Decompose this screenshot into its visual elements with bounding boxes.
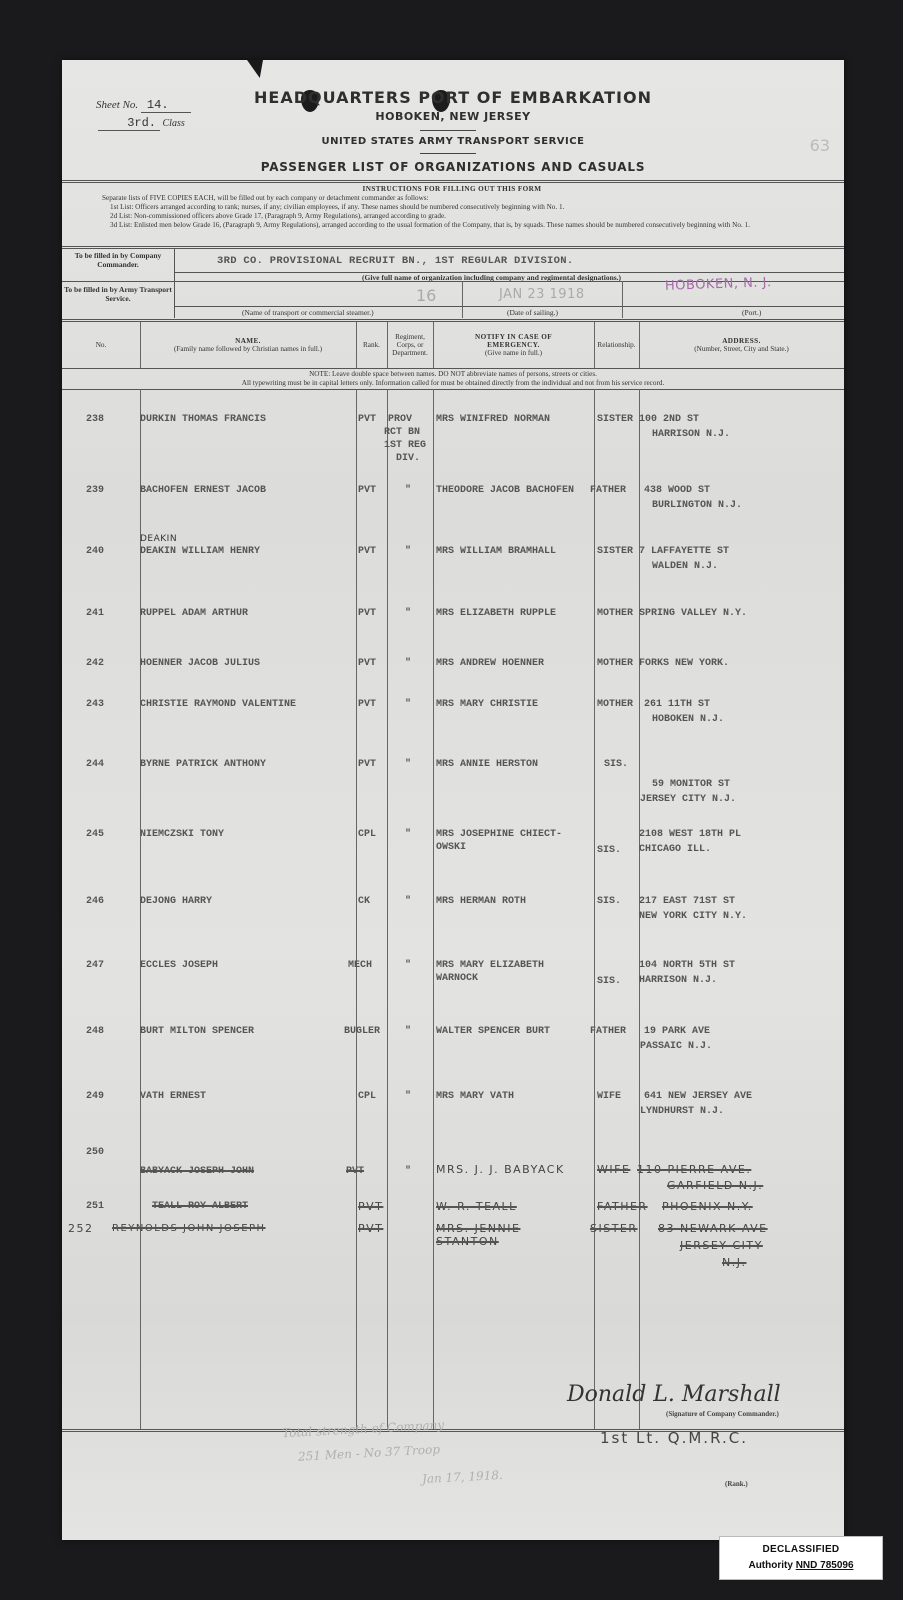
col-header-notify: NOTIFY IN CASE OF EMERGENCY. (Give name …	[433, 322, 594, 368]
entry-relationship: MOTHER	[597, 698, 633, 711]
entry-name: BABYACK JOSEPH JOHN	[140, 1165, 254, 1178]
entry-rank: PVT	[358, 1200, 383, 1213]
col-notify-sub: (Give name in full.)	[485, 349, 542, 357]
entry-notify: W. R. TEALL	[436, 1200, 517, 1213]
col-header-regiment: Regiment, Corps, or Department.	[387, 322, 433, 368]
entry-rank: CPL	[358, 828, 376, 841]
entry-relationship: SISTER	[597, 413, 633, 426]
entry-regiment: "	[405, 607, 411, 620]
entry-name: BYRNE PATRICK ANTHONY	[140, 758, 266, 771]
entry-relationship: SIS.	[604, 758, 628, 771]
col-header-rank: Rank.	[356, 322, 387, 368]
entry-rank: PVT	[358, 413, 376, 426]
entry-notify: MRS ELIZABETH RUPPLE	[436, 607, 556, 620]
entry-no: 242	[86, 657, 104, 670]
entry-address: WALDEN N.J.	[652, 560, 718, 573]
entry-relationship: SISTER	[590, 1222, 638, 1235]
instructions-list3: 3d List: Enlisted men below Grade 16, (P…	[102, 221, 802, 230]
entry-regiment: "	[405, 545, 411, 558]
entry-address: BURLINGTON N.J.	[652, 499, 742, 512]
transport-value: 16	[416, 286, 436, 305]
entry-no: 251	[86, 1200, 104, 1213]
entry-address: 59 MONITOR ST	[652, 778, 730, 791]
entry-regiment: DIV.	[396, 452, 420, 465]
divider	[622, 281, 623, 318]
entry-notify: MRS ANDREW HOENNER	[436, 657, 544, 670]
instructions-list1: 1st List: Officers arranged according to…	[102, 203, 802, 212]
entry-notify: MRS MARY CHRISTIE	[436, 698, 538, 711]
authority-label: Authority	[748, 1560, 792, 1571]
col-header-name: NAME. (Family name followed by Christian…	[140, 322, 356, 368]
entry-address: 261 11TH ST	[644, 698, 710, 711]
entry-name: BACHOFEN ERNEST JACOB	[140, 484, 266, 497]
col-notify-title: NOTIFY IN CASE OF EMERGENCY.	[459, 333, 569, 349]
company-commander-label: To be filled in by Company Commander.	[62, 252, 174, 269]
entry-rank: PVT	[358, 484, 376, 497]
entry-regiment: "	[405, 895, 411, 908]
entry-notify: MRS WINIFRED NORMAN	[436, 413, 550, 426]
entry-name: DEAKIN WILLIAM HENRY	[140, 545, 260, 558]
entry-notify: MRS HERMAN ROTH	[436, 895, 526, 908]
col-divider	[433, 322, 434, 368]
entry-address: HARRISON N.J.	[652, 428, 730, 441]
declassified-label: DECLASSIFIED	[720, 1544, 882, 1555]
entry-address: HOBOKEN N.J.	[652, 713, 724, 726]
header-location: HOBOKEN, NEW JERSEY	[62, 110, 844, 123]
divider	[174, 306, 844, 307]
entry-relationship: SIS.	[597, 895, 621, 908]
entry-regiment: "	[405, 698, 411, 711]
entry-address: 641 NEW JERSEY AVE	[644, 1090, 752, 1103]
entry-name: ECCLES JOSEPH	[140, 959, 218, 972]
entry-name: NIEMCZSKI TONY	[140, 828, 224, 841]
entry-name: DEJONG HARRY	[140, 895, 212, 908]
col-relationship-label: Relationship.	[597, 341, 637, 349]
col-regiment-label: Regiment, Corps, or Department.	[390, 333, 430, 357]
entry-regiment: "	[405, 959, 411, 972]
col-divider	[594, 322, 595, 368]
entry-relationship: WIFE	[597, 1163, 630, 1176]
col-header-address: ADDRESS. (Number, Street, City and State…	[639, 322, 844, 368]
divider	[62, 389, 844, 390]
entry-notify: THEODORE JACOB BACHOFEN	[436, 484, 574, 497]
entry-address: SPRING VALLEY N.Y.	[639, 607, 747, 620]
entry-address: FORKS NEW YORK.	[639, 657, 729, 670]
entry-regiment: "	[405, 1025, 411, 1038]
entry-name: DURKIN THOMAS FRANCIS	[140, 413, 266, 426]
entry-relationship: SIS.	[597, 844, 621, 857]
entry-relationship: WIFE	[597, 1090, 621, 1103]
commander-signature: Donald L. Marshall	[567, 1382, 781, 1407]
entry-rank: CPL	[358, 1090, 376, 1103]
entry-address: 104 NORTH 5TH ST	[639, 959, 735, 972]
entry-no: 246	[86, 895, 104, 908]
header-title: HEADQUARTERS PORT OF EMBARKATION	[62, 88, 844, 107]
entry-name: RUPPEL ADAM ARTHUR	[140, 607, 248, 620]
entry-relationship: MOTHER	[597, 657, 633, 670]
col-divider	[387, 389, 388, 1429]
passenger-list-document: Sheet No. 14. 3rd. Class HEADQUARTERS PO…	[62, 60, 844, 1540]
entry-address: 438 WOOD ST	[644, 484, 710, 497]
port-stamp: HOBOKEN, N. J.	[665, 275, 772, 294]
entry-relationship: FATHER	[597, 1200, 648, 1213]
entry-address: JERSEY CITY	[680, 1239, 763, 1252]
entry-regiment: "	[405, 828, 411, 841]
entry-name: TEALL ROY ALBERT	[152, 1200, 248, 1213]
authority-value: NND 785096	[796, 1560, 854, 1571]
instructions-title: INSTRUCTIONS FOR FILLING OUT THIS FORM	[102, 185, 802, 194]
entry-rank: CK	[358, 895, 370, 908]
pencil-note-date: Jan 17, 1918.	[422, 1468, 503, 1486]
entry-relationship: FATHER	[590, 1025, 626, 1038]
header-service: UNITED STATES ARMY TRANSPORT SERVICE	[62, 136, 844, 147]
entry-notify: WALTER SPENCER BURT	[436, 1025, 550, 1038]
col-divider	[387, 322, 388, 368]
entry-address: HARRISON N.J.	[639, 974, 717, 987]
entry-regiment: "	[405, 758, 411, 771]
commander-rank: 1st Lt. Q.M.R.C.	[600, 1429, 748, 1447]
entry-rank: PVT	[358, 545, 376, 558]
entry-notify: MRS ANNIE HERSTON	[436, 758, 538, 771]
divider	[462, 281, 463, 318]
entry-address: 217 EAST 71ST ST	[639, 895, 735, 908]
col-no-label: No.	[96, 341, 107, 349]
entry-notify: MRS MARY VATH	[436, 1090, 514, 1103]
entry-no: 248	[86, 1025, 104, 1038]
instructions-intro: Separate lists of FIVE COPIES EACH, will…	[102, 194, 802, 203]
entry-regiment: "	[405, 657, 411, 670]
entry-notify: MRS. JENNIE STANTON	[436, 1222, 586, 1248]
entry-no: 243	[86, 698, 104, 711]
col-header-no: No.	[62, 322, 140, 368]
entry-notify: MRS MARY ELIZABETH WARNOCK	[436, 959, 586, 985]
entry-no: 250	[86, 1146, 104, 1159]
entry-name: VATH ERNEST	[140, 1090, 206, 1103]
entry-rank: MECH	[348, 959, 372, 972]
col-divider	[356, 322, 357, 368]
entry-no: 249	[86, 1090, 104, 1103]
entry-no: 245	[86, 828, 104, 841]
sailing-date-stamp: JAN 23 1918	[499, 287, 585, 302]
date-caption: (Date of sailing.)	[507, 308, 558, 317]
entry-address: JERSEY CITY N.J.	[640, 793, 736, 806]
entry-no: 238	[86, 413, 104, 426]
col-divider	[356, 389, 357, 1429]
entry-notify: MRS JOSEPHINE CHIECT-OWSKI	[436, 828, 586, 854]
entry-relationship: SIS.	[597, 975, 621, 988]
entry-no: 244	[86, 758, 104, 771]
divider	[420, 130, 476, 131]
port-caption: (Port.)	[742, 308, 761, 317]
entry-no: 241	[86, 607, 104, 620]
col-header-relationship: Relationship.	[594, 322, 639, 368]
entry-regiment: "	[405, 484, 411, 497]
page-number: 63	[810, 136, 830, 155]
col-divider	[639, 322, 640, 368]
authority-line: Authority NND 785096	[720, 1560, 882, 1571]
entry-notify: MRS WILLIAM BRAMHALL	[436, 545, 556, 558]
entry-rank: PVT	[358, 657, 376, 670]
entry-address: LYNDHURST N.J.	[640, 1105, 724, 1118]
divider	[62, 180, 844, 183]
entry-name: CHRISTIE RAYMOND VALENTINE	[140, 698, 296, 711]
entry-address: 2108 WEST 18TH PL	[639, 828, 741, 841]
entry-rank: PVT	[358, 607, 376, 620]
entry-relationship: MOTHER	[597, 607, 633, 620]
divider	[62, 368, 844, 369]
entry-address: CHICAGO ILL.	[639, 843, 711, 856]
entry-name: HOENNER JACOB JULIUS	[140, 657, 260, 670]
entry-address: NEW YORK CITY N.Y.	[639, 910, 747, 923]
instructions: INSTRUCTIONS FOR FILLING OUT THIS FORM S…	[102, 185, 802, 230]
entry-address: 110 PIERRE AVE.	[637, 1163, 751, 1176]
entry-regiment: 1ST REG	[384, 439, 426, 452]
entry-rank: PVT	[358, 698, 376, 711]
col-rank-label: Rank.	[363, 341, 380, 349]
rank-caption: (Rank.)	[725, 1480, 748, 1488]
organization-name: 3RD CO. PROVISIONAL RECRUIT BN., 1ST REG…	[217, 255, 573, 267]
transport-service-label: To be filled in by Army Transport Servic…	[62, 286, 174, 303]
entry-no: 252	[68, 1222, 94, 1235]
entry-address: PASSAIC N.J.	[640, 1040, 712, 1053]
col-divider	[140, 322, 141, 368]
entry-notify: MRS. J. J. BABYACK	[436, 1163, 565, 1176]
entry-regiment: PROV	[388, 413, 412, 426]
organization-box: To be filled in by Company Commander. To…	[62, 248, 844, 318]
col-divider	[594, 389, 595, 1429]
col-address-title: ADDRESS.	[722, 337, 761, 345]
entry-rank: PVT	[358, 1222, 383, 1235]
entry-no: 247	[86, 959, 104, 972]
entry-regiment: RCT BN	[384, 426, 420, 439]
col-address-sub: (Number, Street, City and State.)	[694, 345, 789, 353]
pencil-note-men: 251 Men - No 37 Troop	[298, 1442, 441, 1463]
divider	[174, 248, 175, 318]
transport-caption: (Name of transport or commercial steamer…	[242, 308, 374, 317]
entry-address: N.J.	[722, 1256, 746, 1269]
col-name-title: NAME.	[235, 337, 261, 345]
entry-regiment: "	[405, 1090, 411, 1103]
entry-relationship: SISTER	[597, 545, 633, 558]
entry-rank: PVT	[346, 1165, 364, 1178]
pencil-note-total: Total strength of Company	[282, 1418, 445, 1440]
entry-address: 83 NEWARK AVE	[658, 1222, 768, 1235]
entry-name: BURT MILTON SPENCER	[140, 1025, 254, 1038]
entry-relationship: FATHER	[590, 484, 626, 497]
declassified-stamp: DECLASSIFIED Authority NND 785096	[719, 1536, 883, 1580]
entry-address: 100 2ND ST	[639, 413, 699, 426]
entry-address: PHOENIX N.Y.	[662, 1200, 753, 1213]
entry-rank: BUGLER	[344, 1025, 380, 1038]
divider	[420, 153, 476, 154]
entry-address: 19 PARK AVE	[644, 1025, 710, 1038]
entry-regiment: "	[405, 1165, 411, 1178]
entry-no: 239	[86, 484, 104, 497]
note-line1: NOTE: Leave double space between names. …	[62, 370, 844, 379]
signature-caption: (Signature of Company Commander.)	[666, 1410, 779, 1418]
entry-address: GARFIELD N.J.	[667, 1179, 763, 1192]
col-name-sub: (Family name followed by Christian names…	[173, 345, 323, 353]
col-divider	[433, 389, 434, 1429]
header-list-title: PASSENGER LIST OF ORGANIZATIONS AND CASU…	[62, 160, 844, 174]
entry-no: 240	[86, 545, 104, 558]
entry-address: 7 LAFFAYETTE ST	[639, 545, 729, 558]
entry-name: REYNOLDS JOHN JOSEPH	[112, 1222, 266, 1235]
entry-rank: PVT	[358, 758, 376, 771]
instructions-list2: 2d List: Non-commissioned officers above…	[102, 212, 802, 221]
paper-tear	[247, 60, 263, 78]
note-line2: All typewriting must be in capital lette…	[62, 379, 844, 388]
